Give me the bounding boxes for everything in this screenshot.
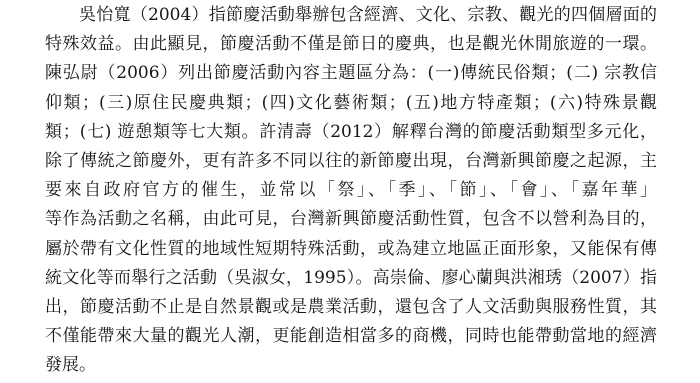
text-line: 陳弘尉（2006）列出節慶活動內容主題區分為：(一)傳統民俗類；(二) 宗教信: [45, 59, 657, 88]
text-line: 吳怡寬（2004）指節慶活動舉辦包含經濟、文化、宗教、觀光的四個層面的: [45, 1, 657, 30]
body-paragraph: 吳怡寬（2004）指節慶活動舉辦包含經濟、文化、宗教、觀光的四個層面的 特殊效益…: [45, 1, 657, 380]
text-line: 要來自政府官方的催生，並常以「祭」、「季」、「節」、「會」、「嘉年華」: [45, 176, 657, 205]
text-line: 發展。: [45, 351, 657, 380]
text-line: 不僅能帶來大量的觀光人潮，更能創造相當多的商機，同時也能帶動當地的經濟: [45, 322, 657, 351]
text-line: 仰類；(三)原住民慶典類；(四)文化藝術類；(五)地方特產類；(六)特殊景觀: [45, 89, 657, 118]
text-line: 除了傳統之節慶外，更有許多不同以往的新節慶出現，台灣新興節慶之起源，主: [45, 147, 657, 176]
text-line: 統文化等而舉行之活動（吳淑女，1995）。高崇倫、廖心蘭與洪湘琇（2007）指: [45, 264, 657, 293]
text-line: 出，節慶活動不止是自然景觀或是農業活動，還包含了人文活動與服務性質，其: [45, 293, 657, 322]
text-line: 特殊效益。由此顯見，節慶活動不僅是節日的慶典，也是觀光休閒旅遊的一環。: [45, 30, 657, 59]
document-page: 吳怡寬（2004）指節慶活動舉辦包含經濟、文化、宗教、觀光的四個層面的 特殊效益…: [0, 0, 700, 383]
text-line: 類；(七) 遊憩類等七大類。許清壽（2012）解釋台灣的節慶活動類型多元化，: [45, 118, 657, 147]
text-line: 屬於帶有文化性質的地域性短期特殊活動，或為建立地區正面形象，又能保有傳: [45, 235, 657, 264]
text-line: 等作為活動之名稱，由此可見，台灣新興節慶活動性質，包含不以營利為目的，: [45, 205, 657, 234]
